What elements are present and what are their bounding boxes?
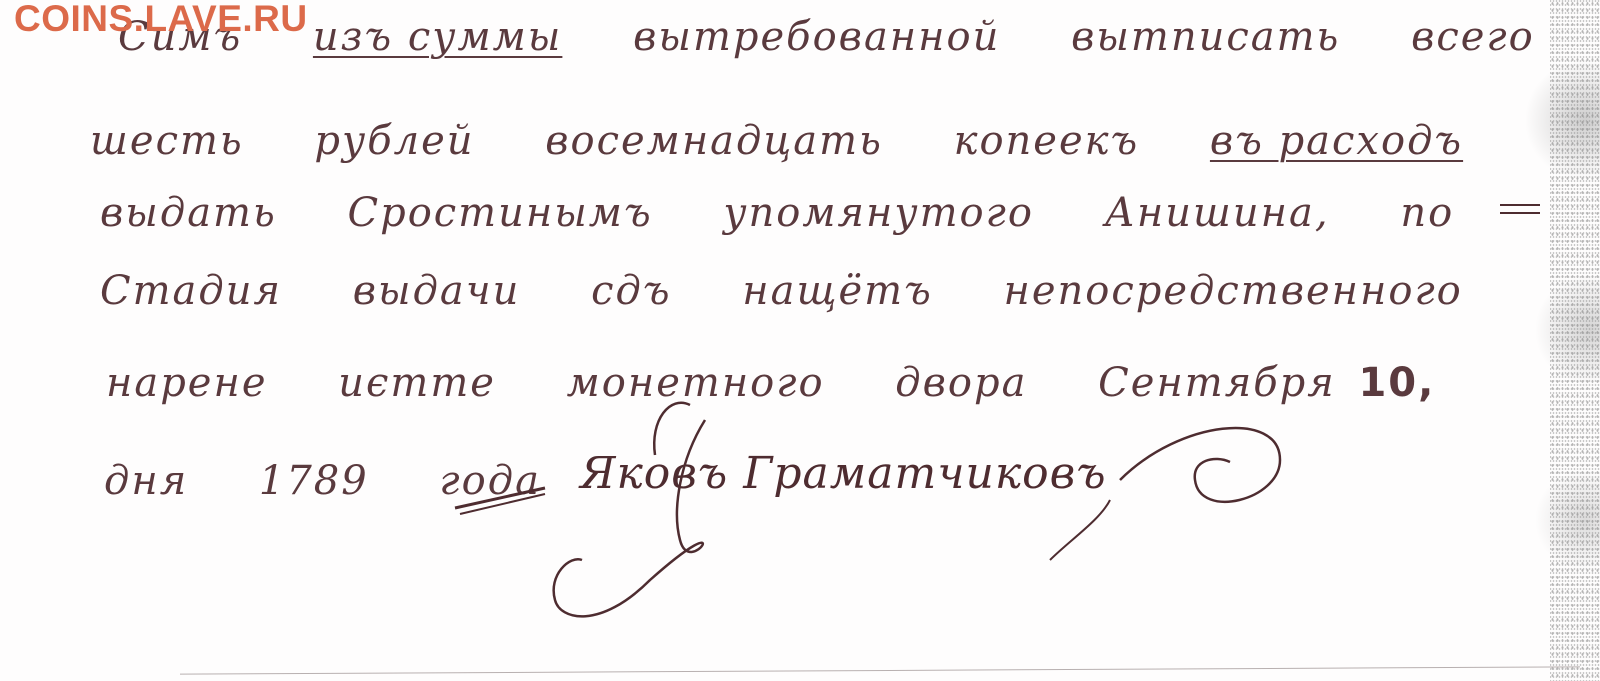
word: непосредственного [1003, 268, 1462, 314]
text-line-4: Стадия выдачи сдъ нащётъ непосредственно… [100, 268, 1463, 314]
word: восемнадцать [545, 118, 883, 164]
word: дня [104, 458, 188, 504]
text-line-6: дня 1789 года [104, 458, 541, 504]
word: Стадия [100, 268, 282, 314]
word: въ расходъ [1210, 118, 1463, 164]
date-day: 10, [1358, 360, 1435, 406]
word: всего [1411, 14, 1535, 60]
word: упомянутого [723, 190, 1034, 236]
paper-background [0, 0, 1600, 681]
scan-edge-noise [1550, 0, 1600, 681]
word: сдъ [591, 268, 671, 314]
word: выдачи [353, 268, 521, 314]
date-year: 1789 [259, 458, 369, 504]
word: иєтте [338, 360, 496, 406]
word: шесть [90, 118, 244, 164]
word: монетного [567, 360, 825, 406]
word: выдать [100, 190, 277, 236]
text-line-3: выдать Сростинымъ упомянутого Анишина, п… [100, 190, 1454, 236]
word: вытписать [1071, 14, 1340, 60]
date-month: Сентября [1098, 360, 1336, 406]
word: года [439, 458, 541, 504]
word: Сростинымъ [347, 190, 652, 236]
word: по [1400, 190, 1454, 236]
text-line-2: шесть рублей восемнадцать копеекъ въ рас… [90, 118, 1463, 164]
word: двора [895, 360, 1027, 406]
text-line-1: Симъ изъ суммы вытребованной вытписать в… [118, 14, 1535, 60]
word: нарене [106, 360, 268, 406]
word: Анишина, [1105, 190, 1330, 236]
word: копеекъ [954, 118, 1140, 164]
word: нащётъ [742, 268, 933, 314]
text-line-5: нарене иєтте монетного двора Сентября 10… [106, 360, 1435, 406]
watermark: COINS.LAVE.RU [14, 0, 308, 40]
signature: Яковъ Граматчиковъ [580, 448, 1107, 499]
word: вытребованной [633, 14, 1000, 60]
word: изъ суммы [313, 14, 562, 60]
word: рублей [314, 118, 474, 164]
